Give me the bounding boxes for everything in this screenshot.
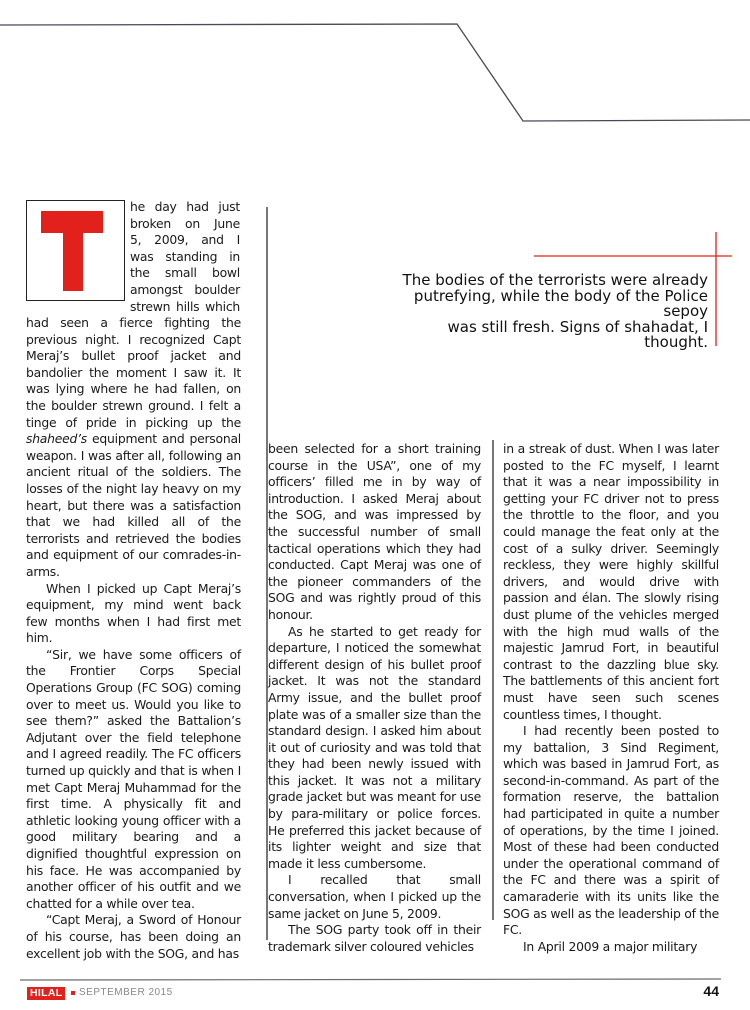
article-column-1: had seen a fierce fighting the previous … (26, 315, 241, 962)
paragraph-text: equipment and personal weapon. I was aft… (26, 431, 241, 579)
issue-date: SEPTEMBER 2015 (79, 987, 173, 998)
intro-line: was standing in (130, 249, 240, 266)
drop-cap-letter-bar (41, 211, 103, 233)
paragraph: “Sir, we have some officers of the Front… (26, 647, 241, 913)
paragraph: I recalled that small conversation, when… (268, 872, 481, 922)
paragraph-text: had seen a fierce fighting the previous … (26, 315, 241, 430)
paragraph: In April 2009 a major military (503, 939, 719, 956)
footer-rule (20, 979, 721, 980)
paragraph: The SOG party took off in their trademar… (268, 922, 481, 955)
paragraph: been selected for a short training cours… (268, 441, 481, 624)
intro-line: he day had just (130, 199, 240, 216)
article-column-2: been selected for a short training cours… (268, 441, 481, 955)
bullet-icon (71, 991, 75, 995)
paragraph: When I picked up Capt Meraj’s equipment,… (26, 581, 241, 647)
paragraph: As he started to get ready for departure… (268, 624, 481, 873)
article-column-3: in a streak of dust. When I was later po… (503, 441, 719, 955)
intro-line: the small bowl (130, 265, 240, 282)
intro-line: strewn hills which (130, 299, 240, 316)
header-rule (0, 24, 750, 121)
intro-line: broken on June (130, 216, 240, 233)
intro-line: 5, 2009, and I (130, 232, 240, 249)
paragraph: “Capt Meraj, a Sword of Honour of his co… (26, 912, 241, 962)
intro-line: amongst boulder (130, 282, 240, 299)
pull-quote-line: was still fresh. Signs of shahadat, I th… (380, 320, 708, 351)
paragraph: I had recently been posted to my battali… (503, 723, 719, 939)
magazine-logo: HILAL (27, 987, 65, 1000)
pull-quote: The bodies of the terrorists were alread… (380, 273, 708, 351)
paragraph: had seen a fierce fighting the previous … (26, 315, 241, 581)
italic-term: shaheed’s (26, 431, 87, 446)
page-number: 44 (703, 983, 719, 999)
drop-cap-letter-stem (63, 233, 83, 291)
paragraph: in a streak of dust. When I was later po… (503, 441, 719, 723)
article-intro: he day had just broken on June 5, 2009, … (130, 199, 240, 315)
drop-cap (26, 200, 125, 301)
pull-quote-line: putrefying, while the body of the Police… (380, 289, 708, 320)
